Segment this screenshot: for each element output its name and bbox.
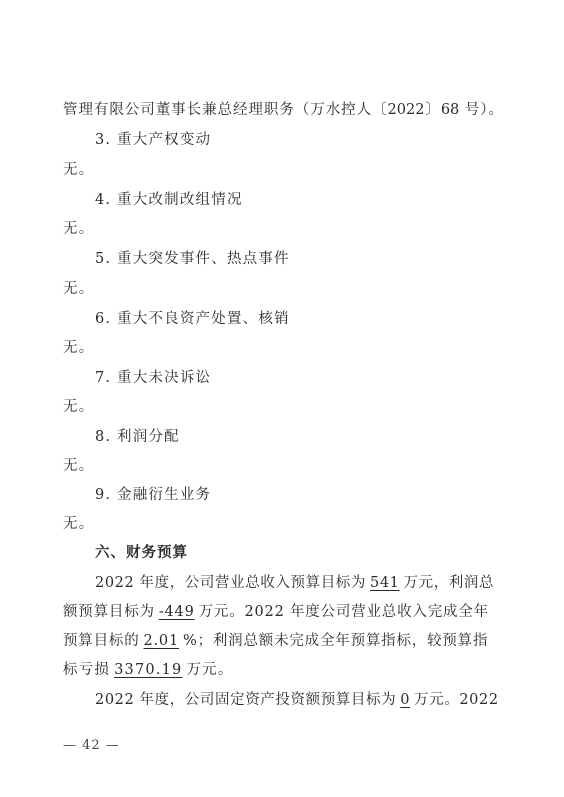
text-segment: 2022 年度，公司营业总收入预算目标为 <box>95 575 366 591</box>
item-title-4: 4. 重大改制改组情况 <box>95 190 535 210</box>
profit-target-value: -449 <box>155 604 199 620</box>
budget-line-5: 2022 年度，公司固定资产投资额预算目标为0万元。2022 <box>95 690 535 710</box>
item-content-9: 无。 <box>63 514 503 534</box>
text-segment: 万元。2022 <box>414 692 499 708</box>
text-segment: 预算目标的 <box>63 633 140 649</box>
item-content-4: 无。 <box>63 219 503 239</box>
page-number: — 42 — <box>63 738 120 753</box>
text-segment: 标亏损 <box>63 662 110 678</box>
text-segment: 额预算目标为 <box>63 604 155 620</box>
item-title-5: 5. 重大突发事件、热点事件 <box>95 249 535 269</box>
item-content-7: 无。 <box>63 397 503 417</box>
item-title-3: 3. 重大产权变动 <box>95 130 535 150</box>
item-title-6: 6. 重大不良资产处置、核销 <box>95 309 535 329</box>
section-heading: 六、财务预算 <box>95 543 535 563</box>
item-content-5: 无。 <box>63 279 503 299</box>
text-segment: 万元，利润总 <box>404 575 495 591</box>
revenue-completion-value: 2.01 <box>140 633 184 649</box>
budget-line-1: 2022 年度，公司营业总收入预算目标为541万元，利润总 <box>95 573 535 593</box>
item-content-8: 无。 <box>63 456 503 476</box>
text-segment: %；利润总额未完成全年预算指标，较预算指 <box>183 633 488 649</box>
text-segment: 2022 年度，公司固定资产投资额预算目标为 <box>95 692 396 708</box>
text-segment: 万元。 <box>186 662 233 678</box>
item-content-6: 无。 <box>63 338 503 358</box>
item-content-3: 无。 <box>63 160 503 180</box>
loss-vs-budget-value: 3370.19 <box>110 662 186 678</box>
item-title-9: 9. 金融衍生业务 <box>95 485 535 505</box>
item-title-7: 7. 重大未决诉讼 <box>95 368 535 388</box>
budget-line-4: 标亏损3370.19万元。 <box>63 660 503 680</box>
item-title-8: 8. 利润分配 <box>95 427 535 447</box>
budget-line-3: 预算目标的2.01%；利润总额未完成全年预算指标，较预算指 <box>63 631 503 651</box>
paragraph-continuation: 管理有限公司董事长兼总经理职务（万水控人〔2022〕68 号）。 <box>63 100 503 120</box>
text-segment: 万元。2022 年度公司营业总收入完成全年 <box>199 604 489 620</box>
revenue-target-value: 541 <box>366 575 403 591</box>
fixed-asset-target-value: 0 <box>396 692 414 708</box>
budget-line-2: 额预算目标为-449万元。2022 年度公司营业总收入完成全年 <box>63 602 503 622</box>
